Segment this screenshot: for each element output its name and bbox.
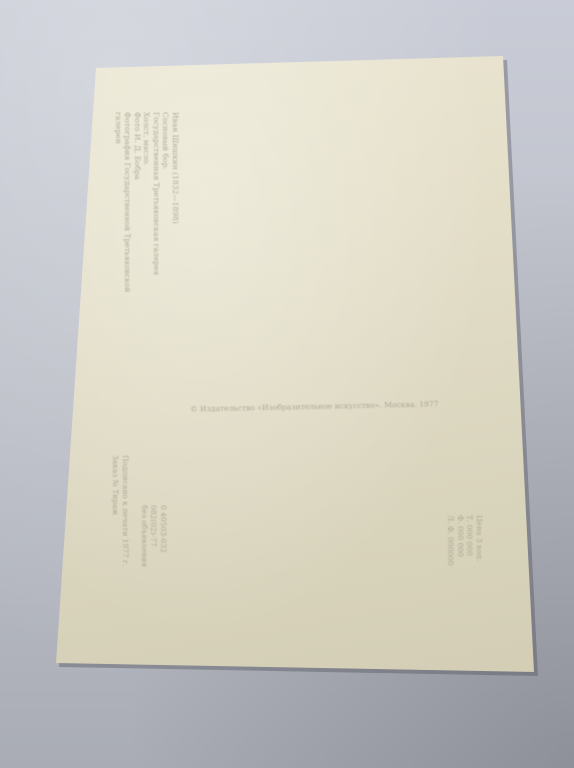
- artist-caption-block: Иван Шишкин (1832—1898) Сосновый бор. Го…: [114, 112, 181, 293]
- caption-line: Государственная Третьяковская галерея: [152, 112, 162, 293]
- order-code-line: 082(02)-77: [149, 505, 159, 567]
- caption-line: Иван Шишкин (1832—1898): [171, 112, 181, 293]
- price-block: Цена 3 коп. Т. 000 000 Ф. 000 000 Л. Ф. …: [446, 515, 484, 566]
- caption-line: Фото И. Д. Бобра: [133, 112, 143, 293]
- order-code-block: 0 40503-032 082(02)-77 без объявления: [140, 505, 169, 567]
- price-line: Т. 000 000: [465, 515, 475, 566]
- order-code-line: без объявления: [140, 505, 150, 567]
- caption-line: галереи: [114, 112, 124, 293]
- print-info-line: Заказ № Тираж: [111, 455, 121, 567]
- price-line: Цена 3 коп.: [475, 515, 485, 566]
- caption-line: Холст, масло.: [142, 112, 152, 293]
- order-code-line: 0 40503-032: [159, 505, 169, 567]
- price-line: Л. Ф. 000000: [446, 515, 456, 566]
- print-info-line: Подписано к печати 1977 г.: [121, 455, 131, 567]
- caption-line: Фотография Государственной Третьяковской: [123, 112, 133, 293]
- price-line: Ф. 000 000: [456, 515, 466, 566]
- caption-line: Сосновый бор.: [161, 112, 171, 293]
- print-info-block: Подписано к печати 1977 г. Заказ № Тираж: [111, 455, 130, 567]
